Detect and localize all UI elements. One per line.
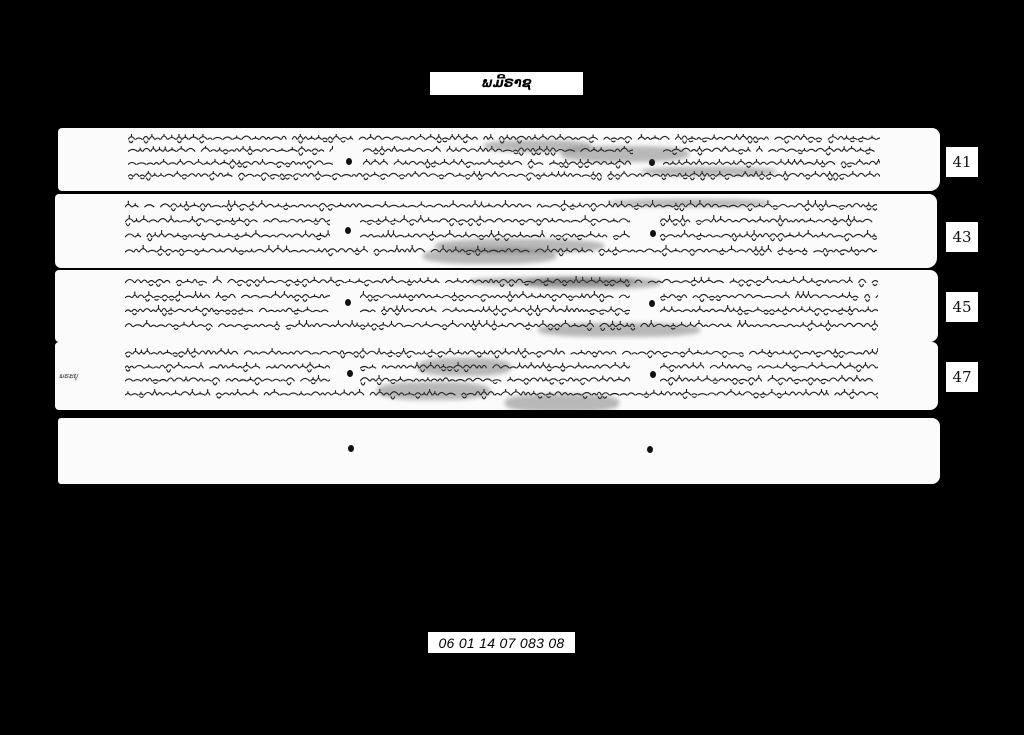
script-line (360, 291, 630, 304)
palm-leaf-4: ພຣະຍຸ (55, 342, 938, 410)
ink-smudge (377, 382, 490, 400)
ink-smudge (418, 358, 511, 376)
script-line (125, 215, 330, 228)
script-line (125, 375, 330, 387)
page-number-43: 43 (946, 222, 978, 252)
catalog-id-label: 06 01 14 07 083 08 (428, 632, 575, 653)
script-line (125, 389, 878, 401)
page-number-41: 41 (946, 147, 978, 177)
ink-smudge (470, 277, 635, 286)
binding-hole-right (647, 446, 653, 453)
ink-smudge (642, 167, 775, 176)
palm-leaf-3 (55, 270, 938, 342)
binding-hole-left (345, 299, 351, 306)
script-line (125, 305, 330, 318)
script-line (660, 215, 877, 228)
script-line (125, 291, 330, 304)
margin-note: ພຣະຍຸ (59, 372, 78, 380)
ink-smudge (609, 199, 771, 207)
binding-hole-right (650, 371, 656, 378)
script-line (660, 375, 878, 387)
ink-smudge (505, 394, 619, 410)
palm-leaf-1 (58, 128, 940, 191)
script-line (128, 146, 333, 156)
binding-hole-left (347, 370, 353, 377)
page-number-47: 47 (946, 362, 978, 392)
binding-hole-left (345, 227, 351, 234)
script-line (660, 291, 878, 304)
script-line (660, 305, 878, 318)
binding-hole-left (346, 158, 352, 165)
script-line (125, 230, 330, 243)
script-line (360, 215, 630, 228)
ink-smudge (538, 323, 701, 337)
script-line (660, 230, 877, 243)
script-line (128, 159, 333, 169)
script-line (125, 362, 330, 374)
script-line (125, 348, 878, 360)
binding-hole-right (649, 300, 655, 307)
page-number-45: 45 (946, 292, 978, 322)
palm-leaf-5-blank (58, 418, 940, 484)
script-line (663, 146, 880, 156)
manuscript-title-label: ພມີ້ຣາຊ (430, 72, 583, 95)
script-line (125, 320, 878, 333)
script-line (660, 362, 878, 374)
binding-hole-right (650, 230, 656, 237)
ink-smudge (435, 239, 604, 253)
ink-smudge (484, 140, 591, 152)
script-line (360, 305, 630, 318)
binding-hole-left (348, 445, 354, 452)
palm-leaf-2 (55, 194, 937, 268)
